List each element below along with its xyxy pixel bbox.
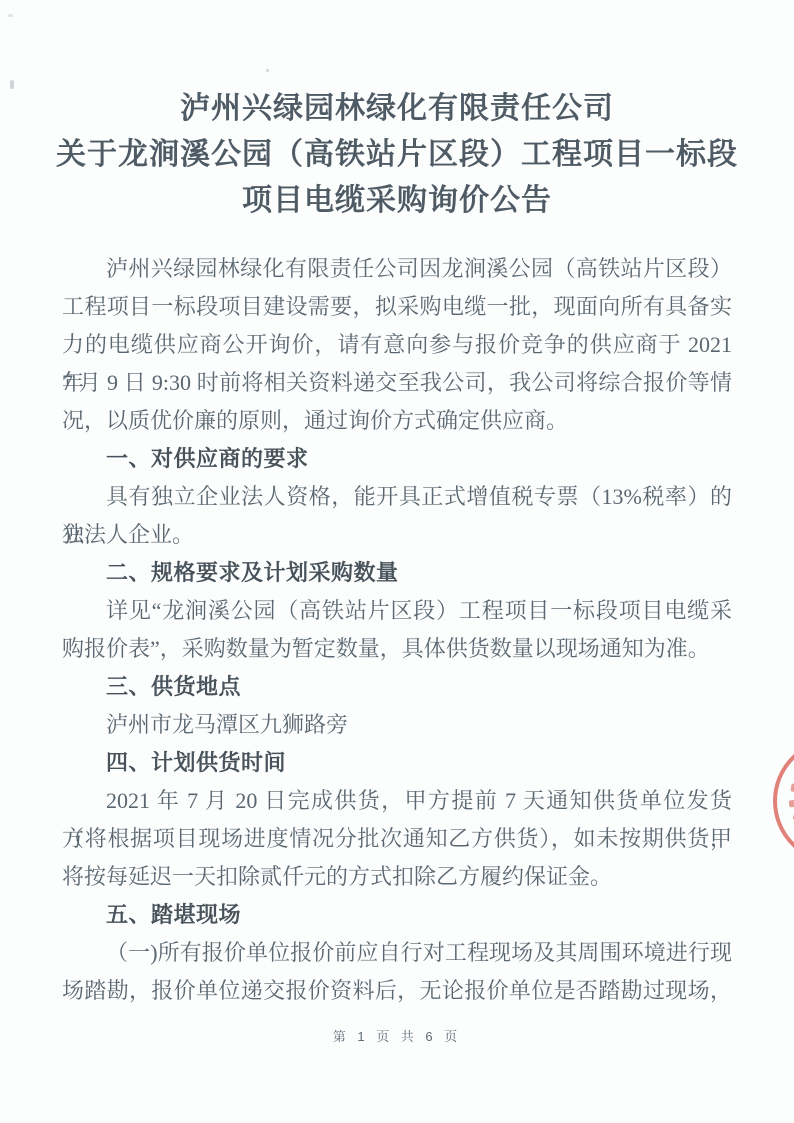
- scan-artifact: [10, 80, 14, 89]
- body-line: 泸州兴绿园林绿化有限责任公司因龙涧溪公园（高铁站片区段）: [62, 250, 732, 288]
- body-line: 工程项目一标段项目建设需要，拟采购电缆一批，现面向所有具备实: [62, 288, 732, 326]
- section-heading-2: 二、规格要求及计划采购数量: [62, 554, 732, 592]
- body-line: 7 月 9 日 9:30 时前将相关资料递交至我公司，我公司将综合报价等情: [62, 364, 732, 402]
- body-line: 泸州市龙马潭区九狮路旁: [62, 706, 732, 744]
- page-number: 第 1 页 共 6 页: [0, 1026, 794, 1045]
- body-line: 方将根据项目现场进度情况分批次通知乙方供货），如未按期供货，: [62, 820, 732, 858]
- section-heading-1: 一、对供应商的要求: [62, 440, 732, 478]
- body-line: 2021 年 7 月 20 日完成供货，甲方提前 7 天通知供货单位发货（甲: [62, 782, 732, 820]
- company-seal-partial-icon: [773, 738, 794, 864]
- body-line: 况，以质优价廉的原则，通过询价方式确定供应商。: [62, 402, 732, 440]
- document-title-line-1: 泸州兴绿园林绿化有限责任公司: [0, 86, 794, 132]
- body-line: 场踏勘，报价单位递交报价资料后，无论报价单位是否踏勘过现场，: [62, 972, 732, 1010]
- body-line: 购报价表”，采购数量为暂定数量，具体供货数量以现场通知为准。: [62, 630, 732, 668]
- section-heading-5: 五、踏堪现场: [62, 896, 732, 934]
- section-heading-3: 三、供货地点: [62, 668, 732, 706]
- document-title-line-3: 项目电缆采购询价公告: [0, 178, 794, 224]
- scan-artifact: [266, 69, 269, 72]
- body-line: 将按每延迟一天扣除贰仟元的方式扣除乙方履约保证金。: [62, 858, 732, 896]
- seal-glyph-mark: [790, 783, 794, 792]
- document-title-line-2: 关于龙涧溪公园（高铁站片区段）工程项目一标段: [0, 132, 794, 178]
- body-line: （一)所有报价单位报价前应自行对工程现场及其周围环境进行现: [62, 934, 732, 972]
- seal-glyph-mark: [789, 799, 794, 807]
- body-line: 具有独立企业法人资格，能开具正式增值税专票（13%税率）的独: [62, 478, 732, 516]
- scanned-document-page: 泸州兴绿园林绿化有限责任公司 关于龙涧溪公园（高铁站片区段）工程项目一标段 项目…: [0, 0, 794, 1123]
- scan-artifact: [8, 14, 13, 17]
- document-title: 泸州兴绿园林绿化有限责任公司 关于龙涧溪公园（高铁站片区段）工程项目一标段 项目…: [0, 86, 794, 224]
- section-heading-4: 四、计划供货时间: [62, 744, 732, 782]
- body-line: 详见“龙涧溪公园（高铁站片区段）工程项目一标段项目电缆采: [62, 592, 732, 630]
- document-body: 泸州兴绿园林绿化有限责任公司因龙涧溪公园（高铁站片区段） 工程项目一标段项目建设…: [62, 250, 732, 1010]
- body-line: 立法人企业。: [62, 516, 732, 554]
- body-line: 力的电缆供应商公开询价，请有意向参与报价竞争的供应商于 2021 年: [62, 326, 732, 364]
